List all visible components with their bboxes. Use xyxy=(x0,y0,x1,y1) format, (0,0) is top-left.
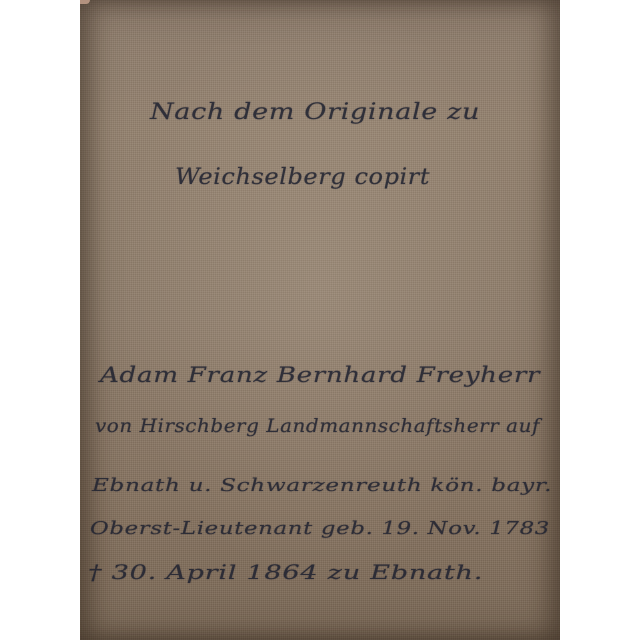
inscription-body-line-1: Adam Franz Bernhard Freyherr xyxy=(100,363,540,387)
canvas-back xyxy=(80,0,560,640)
inscription-body-line-5: † 30. April 1864 zu Ebnath. xyxy=(88,560,483,584)
photograph: Nach dem Originale zu Weichselberg copir… xyxy=(0,0,640,640)
inscription-heading-line-1: Nach dem Originale zu xyxy=(150,100,480,125)
inscription-heading-line-2: Weichselberg copirt xyxy=(175,165,430,190)
inscription-body-line-2: von Hirschberg Landmannschaftsherr auf xyxy=(95,415,540,437)
inscription-body-line-3: Ebnath u. Schwarzenreuth kön. bayr. xyxy=(92,475,552,496)
inscription-body-line-4: Oberst-Lieutenant geb. 19. Nov. 1783 xyxy=(90,518,550,539)
